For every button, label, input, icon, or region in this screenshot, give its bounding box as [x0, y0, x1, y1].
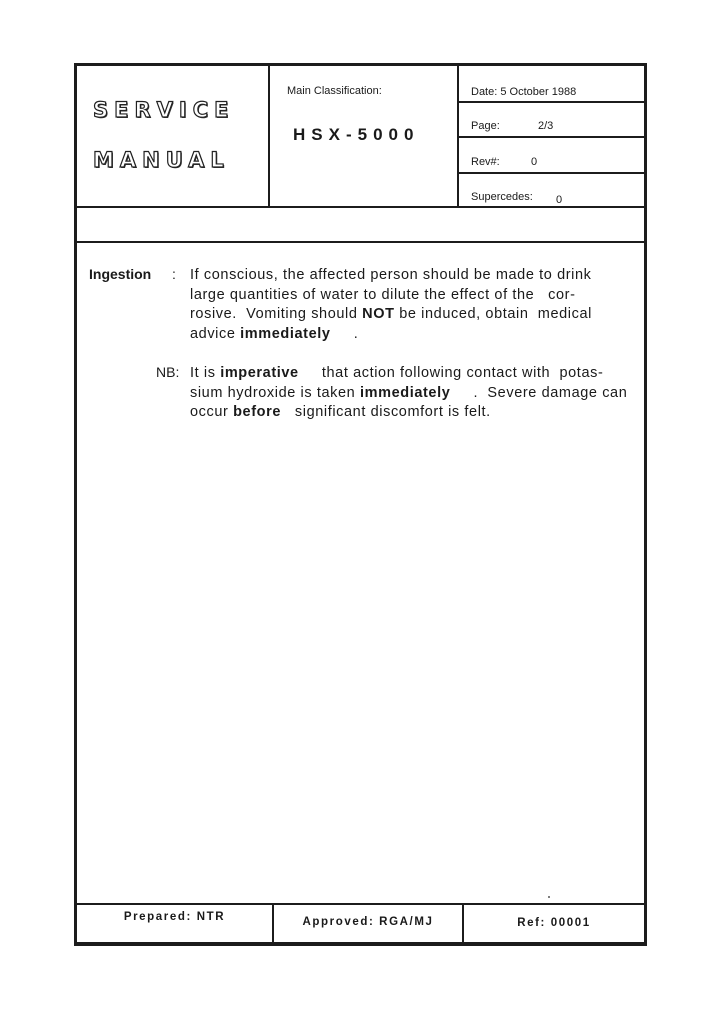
page-value: 2/3 — [538, 120, 553, 132]
ingestion-line-1: If conscious, the affected person should… — [190, 266, 640, 286]
subject-row — [77, 208, 644, 241]
ingestion-label: Ingestion — [89, 266, 151, 282]
page-label: Page: — [471, 120, 500, 132]
emphasis-before: before — [233, 404, 281, 420]
emphasis-immediately: immediately — [360, 385, 450, 401]
supercedes-label: Supercedes: — [471, 191, 533, 203]
text-run: sium hydroxide is taken — [190, 385, 360, 401]
text-run: advice — [190, 326, 240, 342]
text-run: rosive. Vomiting should — [190, 306, 362, 322]
text-run: significant discomfort is felt. — [281, 404, 491, 420]
service-title: SERVICE — [93, 98, 234, 122]
manual-title: MANUAL — [93, 148, 230, 172]
reference-number: Ref: 00001 — [464, 917, 644, 929]
ingestion-paragraph: If conscious, the affected person should… — [190, 266, 640, 344]
nb-line-1: It is imperative that action following c… — [190, 364, 645, 384]
footer-top-line — [77, 903, 644, 905]
text-run: It is — [190, 365, 220, 381]
prepared-by: Prepared: NTR — [77, 911, 272, 923]
supercedes-field: Supercedes: 0 — [471, 191, 533, 203]
meta-divider-3 — [459, 172, 644, 174]
document-frame: SERVICE MANUAL Main Classification: HSX-… — [74, 63, 647, 946]
text-run: that action following contact with potas… — [299, 365, 604, 381]
meta-divider-1 — [459, 101, 644, 103]
ingestion-line-3: rosive. Vomiting should NOT be induced, … — [190, 305, 640, 325]
nb-line-2: sium hydroxide is taken immediately . Se… — [190, 384, 645, 404]
meta-divider-2 — [459, 136, 644, 138]
supercedes-value: 0 — [556, 194, 562, 206]
model-number: HSX-5000 — [293, 125, 419, 145]
date-field: Date: 5 October 1988 — [471, 86, 576, 98]
ingestion-colon: : — [172, 266, 176, 282]
text-run: . — [331, 326, 359, 342]
page-field: Page: 2/3 — [471, 120, 500, 132]
subject-row-bottom-line — [77, 241, 644, 243]
rev-label: Rev#: — [471, 156, 500, 168]
nb-label: NB: — [156, 364, 179, 380]
header-divider-1 — [268, 66, 270, 206]
text-run: . Severe damage can — [450, 385, 627, 401]
rev-value: 0 — [531, 156, 537, 168]
text-run: be induced, obtain medical — [395, 306, 592, 322]
ingestion-line-4: advice immediately . — [190, 325, 640, 345]
text-run: occur — [190, 404, 233, 420]
speck — [548, 896, 550, 898]
nb-paragraph: It is imperative that action following c… — [190, 364, 645, 423]
ingestion-line-2: large quantities of water to dilute the … — [190, 286, 640, 306]
nb-line-3: occur before significant discomfort is f… — [190, 403, 645, 423]
date-value: 5 October 1988 — [500, 86, 576, 98]
rev-field: Rev#: 0 — [471, 156, 500, 168]
main-classification-label: Main Classification: — [287, 85, 382, 97]
emphasis-immediately: immediately — [240, 326, 330, 342]
approved-by: Approved: RGA/MJ — [274, 916, 462, 928]
emphasis-imperative: imperative — [220, 365, 299, 381]
emphasis-not: NOT — [362, 306, 394, 322]
date-label: Date: — [471, 86, 497, 98]
